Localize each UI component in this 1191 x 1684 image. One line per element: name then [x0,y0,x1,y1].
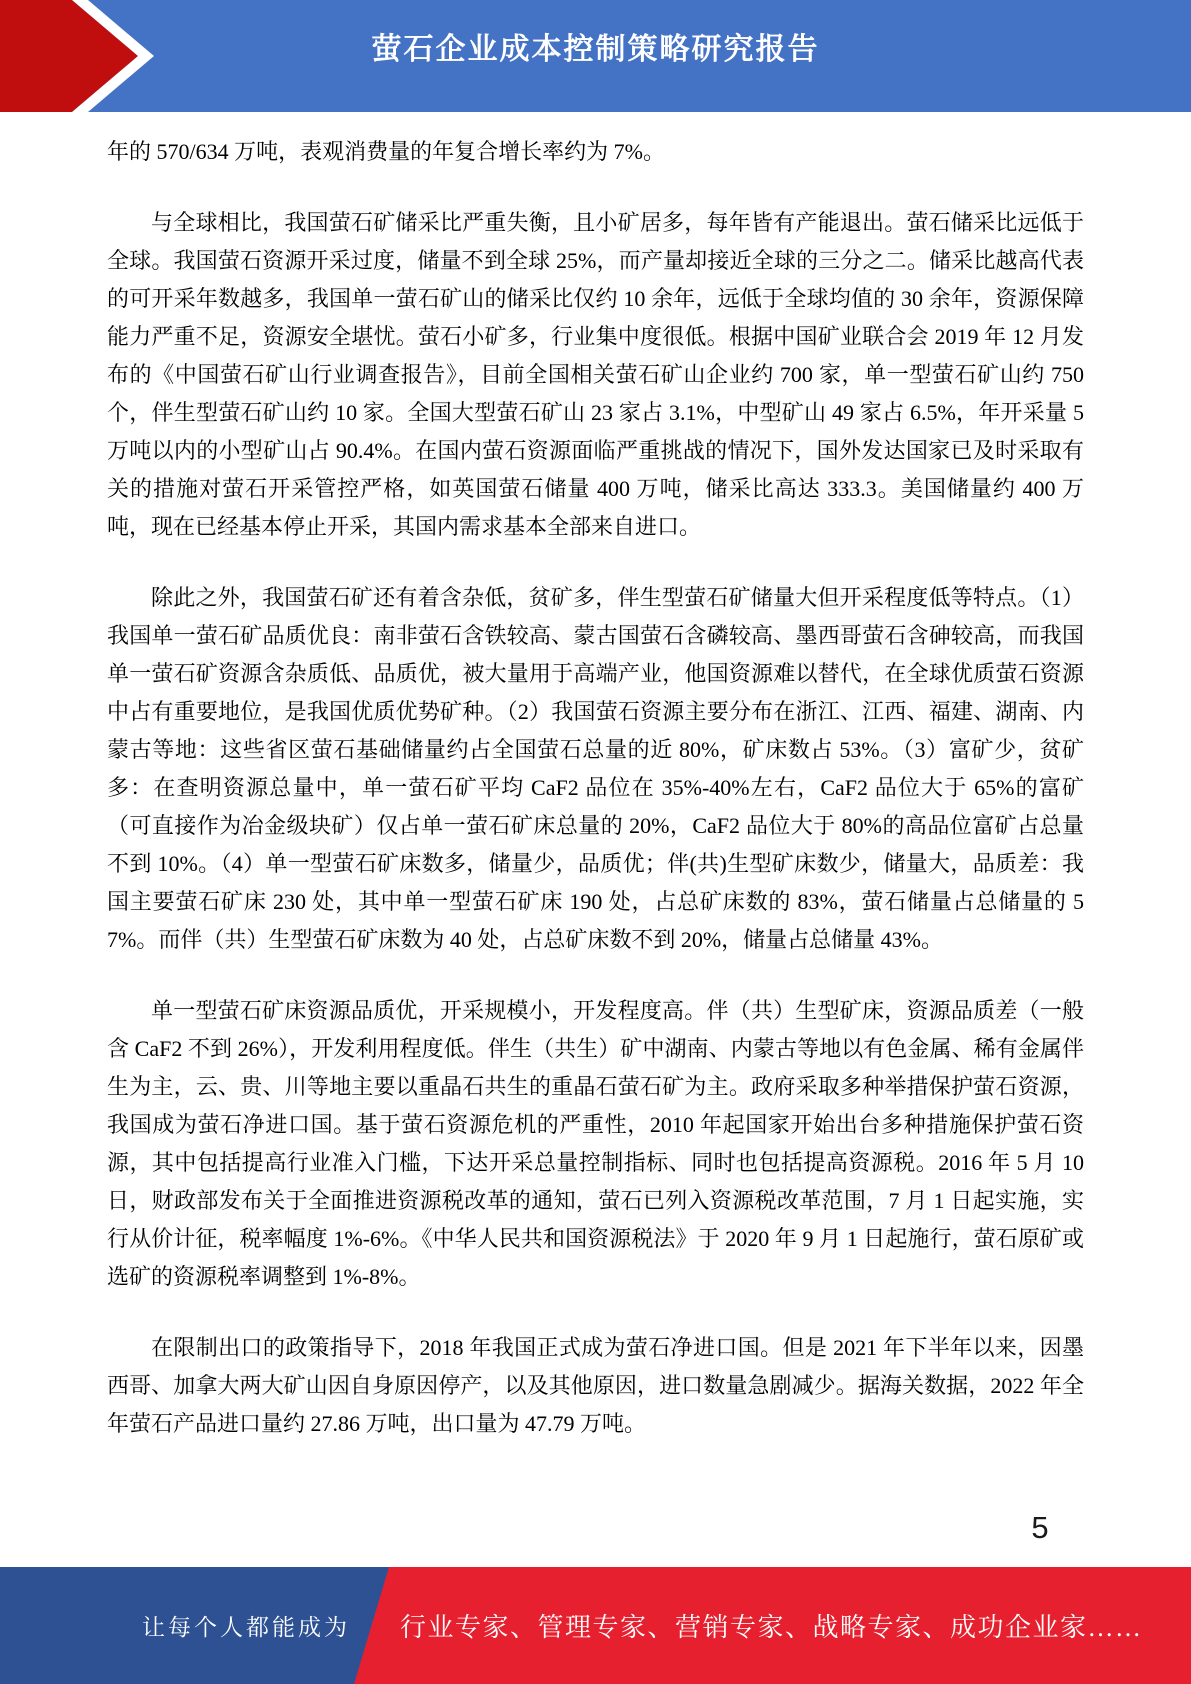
paragraph-2: 与全球相比，我国萤石矿储采比严重失衡，且小矿居多，每年皆有产能退出。萤石储采比远… [107,204,1084,546]
paragraph-3: 除此之外，我国萤石矿还有着含杂低，贫矿多，伴生型萤石矿储量大但开采程度低等特点。… [107,579,1084,959]
report-header: 萤石企业成本控制策略研究报告 [0,0,1191,112]
page-footer: 让每个人都能成为 行业专家、管理专家、营销专家、战略专家、成功企业家…… [0,1567,1191,1684]
document-body: 年的 570/634 万吨，表观消费量的年复合增长率约为 7%。 与全球相比，我… [107,133,1084,1443]
header-arrow-icon [0,0,170,112]
paragraph-1: 年的 570/634 万吨，表观消费量的年复合增长率约为 7%。 [107,133,1084,171]
footer-slogan-right: 行业专家、管理专家、营销专家、战略专家、成功企业家…… [400,1567,1143,1684]
paragraph-4: 单一型萤石矿床资源品质优，开采规模小，开发程度高。伴（共）生型矿床，资源品质差（… [107,992,1084,1296]
page-title: 萤石企业成本控制策略研究报告 [372,24,820,68]
footer-slogan-left: 让每个人都能成为 [142,1567,350,1684]
report-page: 萤石企业成本控制策略研究报告 年的 570/634 万吨，表观消费量的年复合增长… [0,0,1191,1684]
page-number: 5 [1008,1510,1072,1546]
paragraph-5: 在限制出口的政策指导下，2018 年我国正式成为萤石净进口国。但是 2021 年… [107,1329,1084,1443]
